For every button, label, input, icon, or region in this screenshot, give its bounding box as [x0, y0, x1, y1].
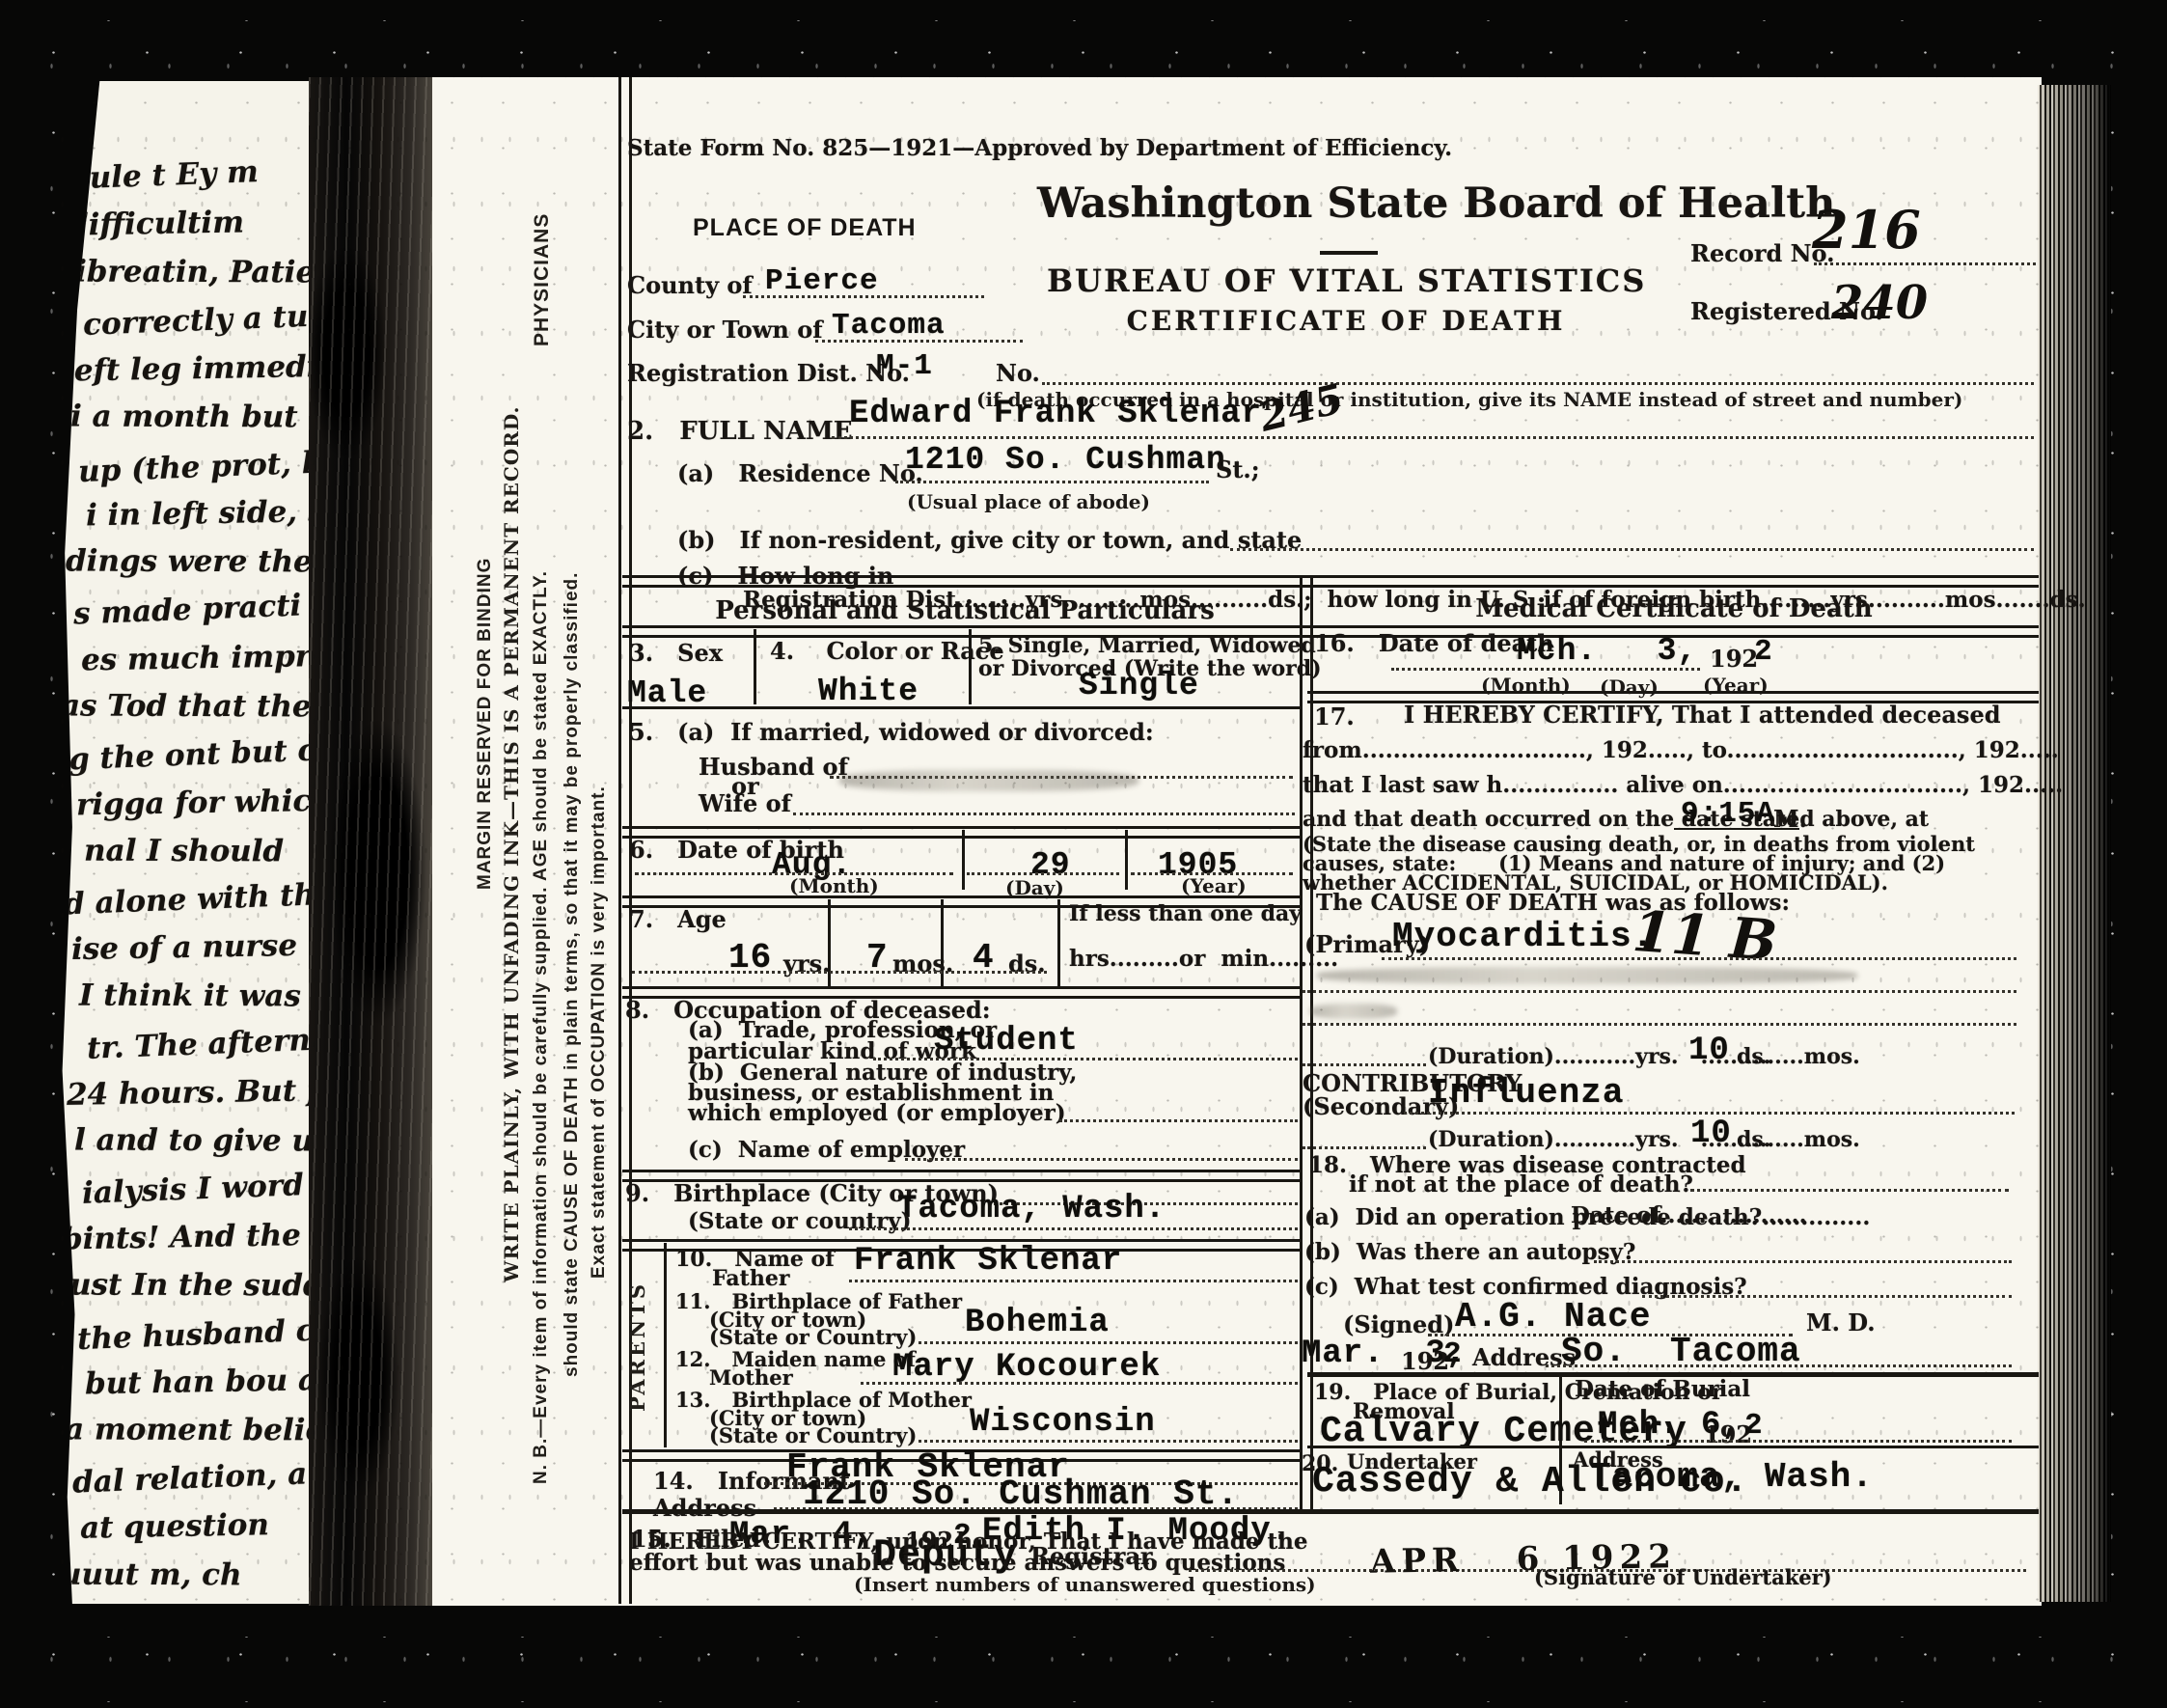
- handwriting-line: tr. The afterno: [86, 1022, 309, 1066]
- mother-birthplace-value: Wisconsin: [970, 1404, 1156, 1441]
- medical-section-title: Medical Certificate of Death: [1385, 594, 1963, 623]
- duration-1-label: (Duration)...........yrs. ..............…: [1428, 1044, 1860, 1069]
- scanned-death-certificate: icule t Ey mdifficultimibreatin, Patienc…: [0, 0, 2167, 1708]
- dotted-line: [1391, 668, 1700, 671]
- primary-cause-value: Myocarditis.: [1392, 917, 1654, 956]
- occupation-value: Student: [934, 1023, 1079, 1060]
- certify-attended-text: I HEREBY CERTIFY, That I attended deceas…: [1404, 701, 2001, 729]
- handwriting-line: ibreatin, Patien: [75, 255, 309, 290]
- duration-2-days-value: 10: [1690, 1116, 1732, 1152]
- dotted-line: [1690, 1189, 2009, 1192]
- county-label: County of: [627, 271, 753, 299]
- dod-year-value: 2: [1754, 635, 1773, 669]
- last-saw-line: that I last saw h............... alive o…: [1303, 772, 2063, 798]
- binding-gutter: [309, 77, 434, 1606]
- undertaker-signature-note: (Signature of Undertaker): [1534, 1565, 1832, 1589]
- county-value: Pierce: [765, 264, 879, 298]
- dotted-line: [1230, 548, 2034, 551]
- sign-year-value: 2: [1443, 1337, 1463, 1371]
- handwriting-line: bints! And the e: [62, 1218, 309, 1257]
- grid-line: [754, 629, 756, 704]
- residence-value: 1210 So. Cushman: [905, 442, 1226, 478]
- duration-2-label: (Duration)...........yrs. ..............…: [1428, 1127, 1860, 1152]
- dod-192-label: 192: [1710, 645, 1758, 673]
- dotted-line: [832, 436, 2034, 439]
- dotted-line: [895, 481, 1209, 483]
- grid-line: [622, 706, 1300, 709]
- dotted-line: [1303, 1063, 1426, 1066]
- erased-text-smudge: [839, 770, 1138, 791]
- item-17-number: 17.: [1314, 702, 1355, 730]
- dotted-line: [1059, 1119, 1298, 1122]
- dotted-line: [849, 1227, 1298, 1230]
- dotted-line: [1594, 1260, 2012, 1263]
- handwritten-ledger-page: icule t Ey mdifficultimibreatin, Patienc…: [60, 81, 309, 1604]
- race-value: White: [818, 674, 919, 709]
- nonresident-label: (b) If non-resident, give city or town, …: [677, 526, 1302, 554]
- howlong-label: (c) How long in: [677, 562, 893, 590]
- operation-date-label: Date of...................: [1571, 1202, 1807, 1228]
- sex-label: 3. Sex: [629, 639, 723, 667]
- father-name-value: Frank Sklenar: [854, 1243, 1122, 1280]
- occupation-b3: which employed (or employer): [688, 1100, 1066, 1126]
- personal-section-title: Personal and Statistical Particulars: [675, 596, 1254, 625]
- handwriting-line: l and to give up: [74, 1123, 309, 1159]
- death-occurred-text: and that death occurred on the date stat…: [1303, 807, 1929, 832]
- margin-nb-note: N. B.—Every item of information should b…: [531, 473, 552, 1583]
- faint-text-smudge: [1310, 1004, 1397, 1019]
- dotted-line: [1546, 1364, 2012, 1367]
- father-birthplace-value: Bohemia: [965, 1305, 1110, 1341]
- residence-st-label: St.;: [1216, 455, 1260, 483]
- handwriting-line: left leg immediat: [63, 348, 309, 388]
- sign-192-label: 192: [1401, 1347, 1449, 1375]
- husband-of-label: Husband of: [699, 753, 848, 781]
- cause-code-annotation: 11 B: [1631, 898, 1779, 974]
- physician-signature-value: A.G. Nace: [1455, 1297, 1651, 1336]
- registration-dist-label: Registration Dist. No.: [627, 359, 910, 387]
- handwriting-line: icule t Ey m: [60, 154, 259, 197]
- handwriting-line: i a month but n: [70, 399, 309, 435]
- city-label: City or Town of: [627, 316, 823, 344]
- dotted-line: [1303, 1023, 2016, 1026]
- handwriting-line: the husband could: [76, 1310, 309, 1357]
- registered-no-value: 240: [1831, 276, 1928, 330]
- dotted-line: [967, 872, 1119, 875]
- dotted-line: [743, 295, 984, 298]
- handwriting-line: dings were the sa: [66, 543, 309, 579]
- grid-line: [962, 830, 965, 890]
- registration-dist-value: M-1: [876, 349, 933, 383]
- footer-certify-line-2: effort but was unable to secure answers …: [629, 1550, 1285, 1576]
- handwriting-line: nal I should: [84, 834, 284, 869]
- handwriting-line: rigga for which: [76, 784, 309, 823]
- parents-label: PARENTS: [625, 1254, 649, 1438]
- handwriting-line: dal relation, a: [71, 1456, 307, 1500]
- dotted-line: [1404, 1112, 2015, 1115]
- dotted-line: [905, 1158, 1298, 1161]
- handwriting-line: ialysis I word t: [81, 1167, 309, 1211]
- grid-line: [1125, 830, 1128, 890]
- handwriting-line: ise of a nurse: [71, 928, 298, 967]
- duration-2-days-unit: ds.: [1737, 1127, 1770, 1152]
- father-birthplace-state-note: (State or Country): [709, 1325, 917, 1349]
- handwriting-line: 24 hours. But for t: [67, 1072, 309, 1113]
- full-name-value: Edward Frank Sklenar: [849, 396, 1262, 432]
- dotted-line: [861, 1382, 1298, 1385]
- handwriting-line: up (the prot, leg, and: [77, 441, 309, 489]
- race-label: 4. Color or Race: [770, 637, 1004, 665]
- dotted-line: [1382, 957, 2016, 960]
- mother-label: Mother: [709, 1365, 793, 1390]
- duration-1-days-unit: ds.: [1737, 1044, 1770, 1069]
- no-label: No.: [996, 359, 1040, 387]
- dotted-line: [919, 1440, 1298, 1443]
- dotted-line: [1303, 1146, 1426, 1149]
- burial-date-label: Date of Burial: [1575, 1376, 1750, 1402]
- marital-value: Single: [1079, 668, 1199, 703]
- place-of-death-label: PLACE OF DEATH: [693, 214, 917, 242]
- abode-note: (Usual place of abode): [907, 490, 1150, 513]
- margin-write-plainly-note: WRITE PLAINLY, WITH UNFADING INK—THIS IS…: [500, 174, 523, 1515]
- margin-occupation-note: Exact statement of OCCUPATION is very im…: [589, 598, 610, 1467]
- secondary-cause-value: Influenza: [1428, 1073, 1624, 1113]
- hrs-min-line: hrs.........or min.........: [1069, 946, 1338, 972]
- record-no-value: 216: [1812, 199, 1921, 261]
- handwriting-line: g the ont but ch: [68, 732, 309, 778]
- handwriting-line: but han bou a g: [85, 1363, 309, 1402]
- q18-line-2: if not at the place of death?: [1349, 1171, 1693, 1198]
- handwriting-line: difficultim: [68, 205, 245, 242]
- handwriting-line: correctly a tub: [82, 298, 309, 343]
- footer-divider: [622, 1509, 2039, 1514]
- handwriting-line: es much improv: [81, 639, 309, 678]
- dotted-line: [1642, 1295, 2012, 1298]
- margin-binding-note: MARGIN RESERVED FOR BINDING: [475, 415, 496, 1033]
- underline: [1674, 828, 1799, 830]
- city-value: Tacoma: [832, 309, 946, 343]
- dotted-line: [1814, 262, 2036, 265]
- less-than-one-day-label: If less than one day: [1069, 901, 1302, 926]
- dotted-line: [849, 1280, 1298, 1282]
- dotted-line: [919, 1341, 1298, 1344]
- page-stack-edge: [2038, 85, 2111, 1602]
- handwriting-line: ust In the sudden: [69, 1267, 309, 1303]
- handwriting-line: s made practi: [72, 588, 302, 631]
- margin-cause-note: should state CAUSE OF DEATH in plain ter…: [562, 425, 583, 1525]
- full-name-label: 2. FULL NAME: [627, 417, 853, 446]
- dotted-line: [632, 971, 1047, 974]
- grid-line: [1057, 899, 1060, 986]
- burial-year-value: 2: [1744, 1409, 1764, 1443]
- margin-physicians-label: PHYSICIANS: [531, 135, 554, 425]
- dotted-line: [815, 340, 1023, 343]
- father-label: Father: [712, 1266, 789, 1291]
- attended-from-line: from............................., 192..…: [1303, 737, 2059, 763]
- certificate-title: CERTIFICATE OF DEATH: [1090, 305, 1602, 337]
- dotted-line: [1584, 1440, 2012, 1443]
- handwriting-line: d alone with the: [63, 877, 309, 923]
- handwriting-line: uuut m, ch: [60, 1557, 242, 1593]
- mother-maiden-value: Mary Kocourek: [892, 1349, 1161, 1386]
- handwriting-line: as Tod that the tr: [61, 688, 309, 724]
- birthplace-value: Tacoma, Wash.: [897, 1191, 1166, 1227]
- handwriting-line: a moment believe t: [65, 1412, 309, 1447]
- handwriting-line: at question: [80, 1507, 270, 1545]
- md-label: M. D.: [1806, 1309, 1876, 1336]
- title-dash: [1320, 251, 1378, 255]
- grid-line: [1307, 1446, 2039, 1448]
- insert-numbers-note: (Insert numbers of unanswered questions): [854, 1573, 1316, 1596]
- wife-of-label: Wife of: [699, 789, 791, 817]
- date-of-death-value: Mch. 3,: [1517, 633, 1697, 669]
- bureau-title: BUREAU OF VITAL STATISTICS: [1047, 262, 1635, 299]
- dotted-line: [1042, 382, 2034, 385]
- year-note: (Year): [1181, 874, 1247, 897]
- handwriting-line: I think it was: [79, 978, 301, 1014]
- month-note: (Month): [789, 874, 879, 897]
- married-label: 5. (a) If married, widowed or divorced:: [629, 718, 1154, 746]
- residence-label: (a) Residence No.: [677, 459, 923, 487]
- mother-birthplace-state-note: (State or Country): [709, 1423, 917, 1447]
- autopsy-question: (b) Was there an autopsy?: [1304, 1239, 1635, 1265]
- age-label: 7. Age: [629, 905, 727, 933]
- parents-bracket-line: [664, 1243, 667, 1447]
- marital-label-1: 5. Single, Married, Widowed: [978, 633, 1316, 658]
- dotted-line: [1303, 990, 2016, 993]
- undertaker-address-value: Tacoma, Wash.: [1590, 1457, 1874, 1497]
- board-title: Washington State Board of Health: [1037, 179, 1655, 228]
- handwriting-line: i in left side, So: [86, 494, 309, 534]
- form-number: State Form No. 825—1921—Approved by Depa…: [627, 135, 1452, 161]
- faint-text-smudge: [1317, 967, 1857, 984]
- duration-1-days-value: 10: [1688, 1033, 1730, 1069]
- dotted-line: [793, 813, 1295, 815]
